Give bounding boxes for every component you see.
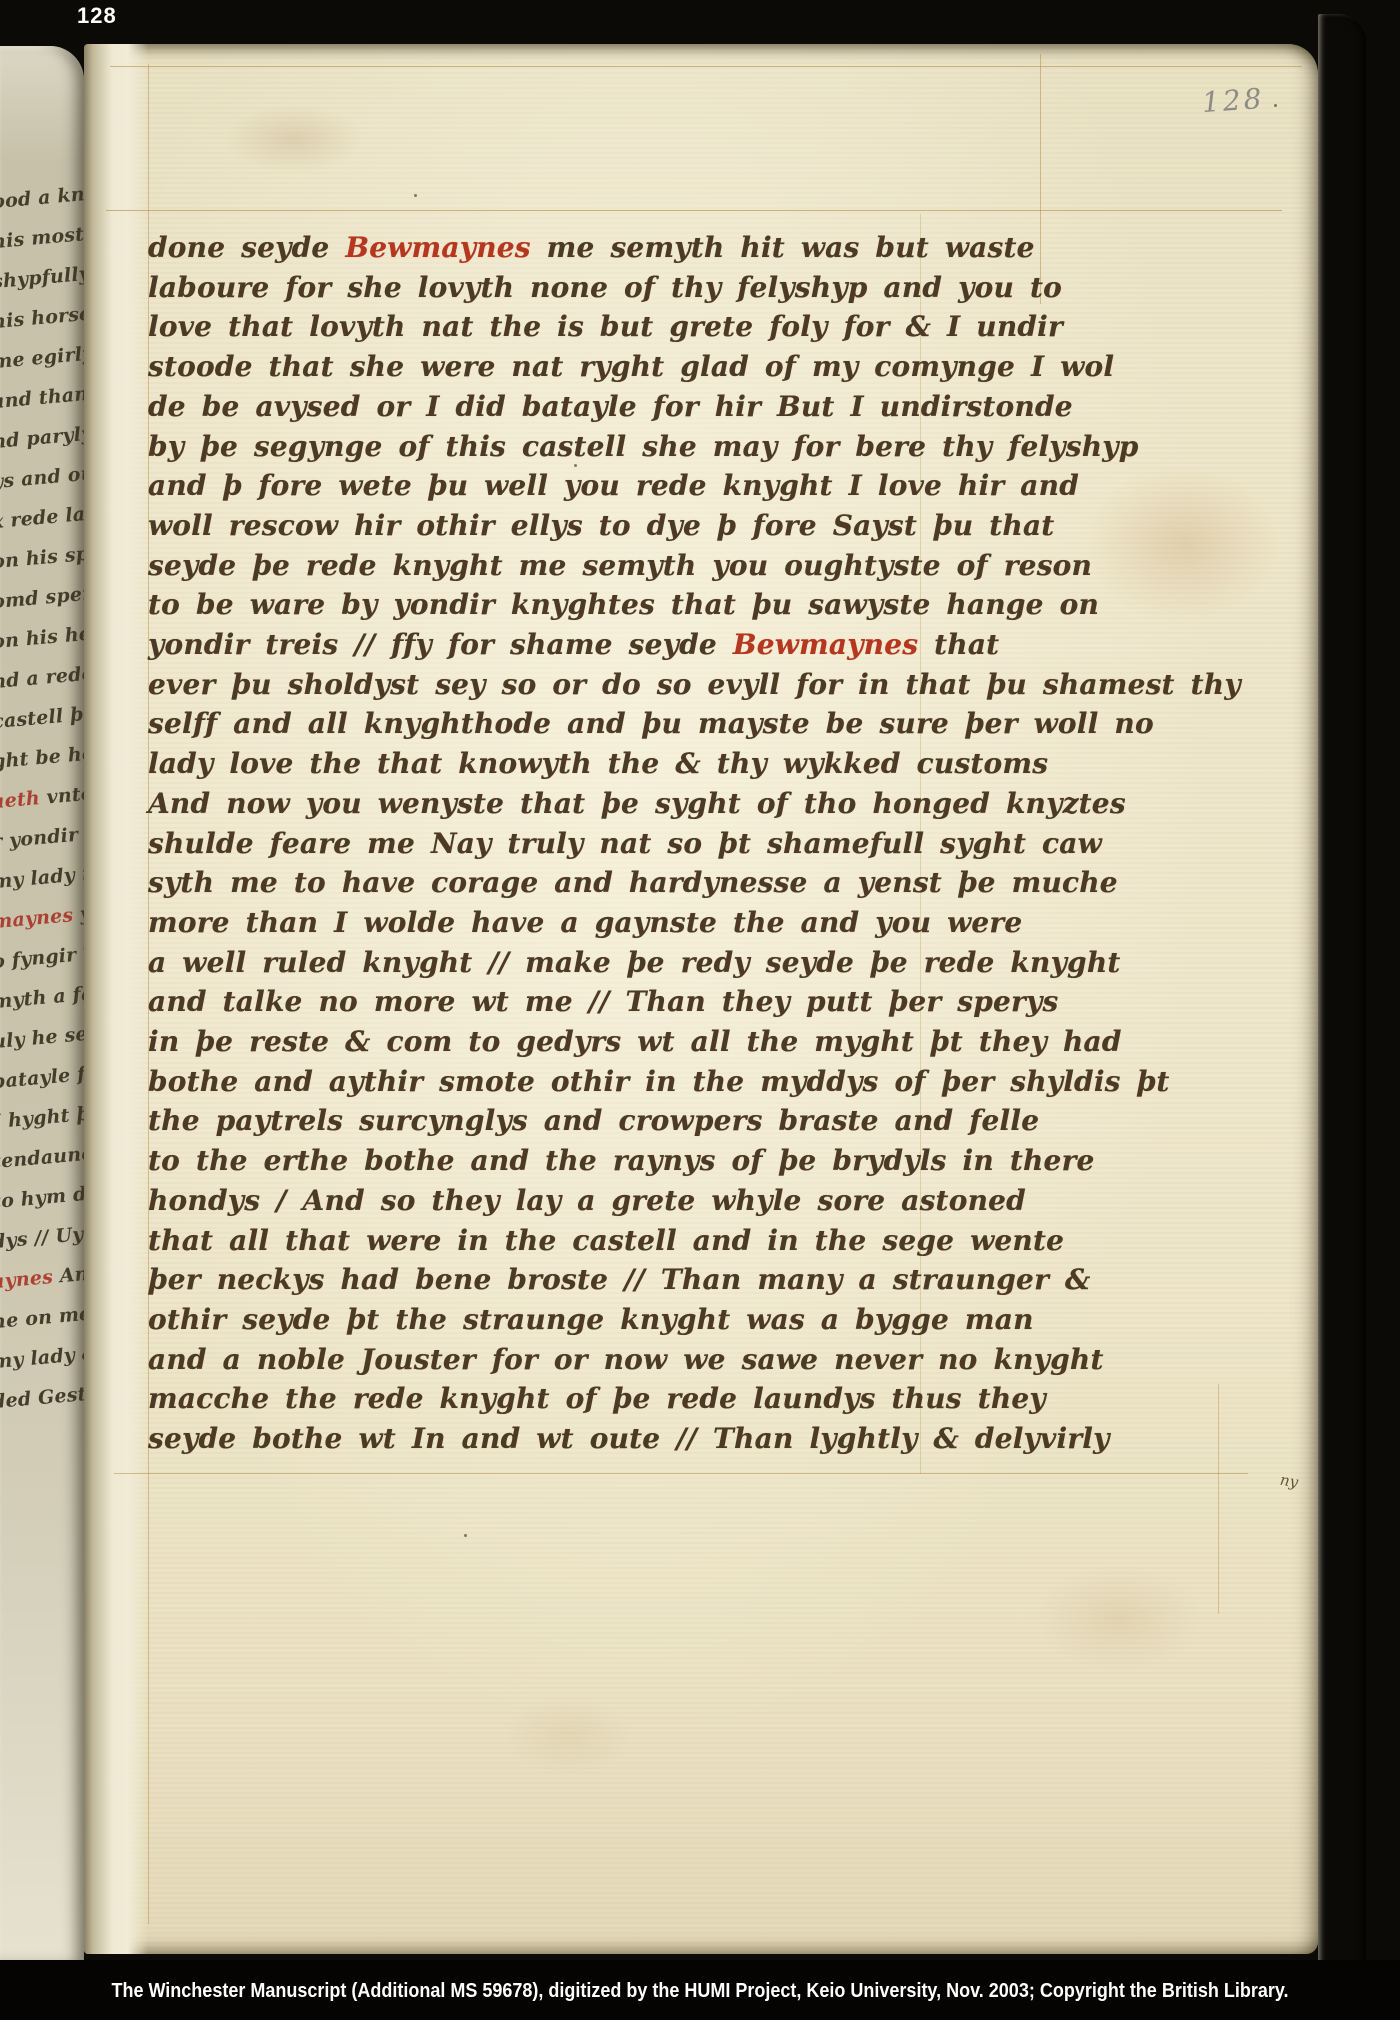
ink-text: uly he seyde I [0, 1018, 84, 1053]
ink-text: on his sporys en [0, 536, 84, 573]
ink-text: de be avysed or I did batayle for hir Bu… [148, 390, 1073, 423]
rubricated-text: Bewmaynes [733, 628, 918, 661]
caption-bar: The Winchester Manuscript (Additional MS… [0, 1960, 1400, 2020]
ink-text: and talke no more wt me // Than they put… [148, 985, 1058, 1018]
ink-text: shypfully othe [0, 258, 84, 293]
rubricated-text: aynes [0, 1266, 54, 1293]
facing-page-text-fragment: o fyngir Than [0, 941, 84, 973]
ink-text: And now you wenyste that þe syght of tho… [148, 787, 1126, 820]
ink-text: o fyngir Than [0, 939, 84, 974]
manuscript-text-line: yondir treis // ffy for shame seyde Bewm… [148, 625, 999, 665]
ink-text: his moste mygh [0, 216, 84, 253]
facing-page-text-fragment: I hyght þt ed he [0, 1101, 84, 1133]
manuscript-text-line: to the erthe bothe and the raynys of þe … [148, 1141, 1095, 1181]
ink-text: and a noble Jouster for or now we sawe n… [148, 1343, 1104, 1376]
ink-text: vnto Sir [39, 778, 84, 809]
rubricated-text: maynes [0, 904, 74, 933]
dust-speck [1274, 104, 1277, 107]
ink-text: more than I wolde have a gaynste the and… [148, 906, 1022, 939]
ink-text: selff and all knyghthode and þu mayste b… [148, 707, 1154, 740]
ink-text: stoode that she were nat ryght glad of m… [148, 350, 1114, 383]
parchment-stain [224, 104, 364, 174]
manuscript-text-line: and þ fore wete þu well you rede knyght … [148, 466, 1079, 506]
manuscript-text-line: hondys / And so they lay a grete whyle s… [148, 1181, 1026, 1221]
manuscript-text-line: seyde þe rede knyght me semyth you ought… [148, 546, 1092, 586]
ink-text: batayle for trw [0, 1057, 84, 1093]
ink-text: macche the rede knyght of þe rede laundy… [148, 1382, 1046, 1415]
facing-page-text-fragment: he on me I comly [0, 1301, 84, 1333]
ruling-line-text-top [106, 210, 1282, 211]
ink-text: and þ fore wete þu well you rede knyght … [148, 469, 1079, 502]
facing-page-text-fragment: ood a knyght as [0, 181, 84, 213]
ink-text: ys and oute at [0, 458, 84, 493]
facing-page-text-fragment: aynes And seyde [0, 1261, 84, 1293]
facing-page-text-fragment: me egirly that [0, 341, 84, 373]
frame-page-number: 128 [77, 3, 117, 29]
ink-text: yondir treis // ffy for shame seyde [148, 628, 733, 661]
parchment-stain [1084, 464, 1284, 624]
facing-page-text-fragment: on his hede an [0, 621, 84, 653]
facing-page-text-fragment: ys and oute at [0, 461, 84, 493]
manuscript-text-line: in þe reste & com to gedyrs wt all the m… [148, 1022, 1122, 1062]
facing-page-text-fragment: to hym downe to [0, 1181, 84, 1213]
facing-page-text-fragment: nd parylyond a [0, 421, 84, 453]
facing-page-text-fragment: nd a rede fede [0, 661, 84, 693]
ink-text: to the erthe bothe and the raynys of þe … [148, 1144, 1095, 1177]
ink-text: shulde feare me Nay truly nat so þt sham… [148, 827, 1102, 860]
manuscript-text-line: selff and all knyghthode and þu mayste b… [148, 704, 1154, 744]
ink-text: ever þu sholdyst sey so or do so evyll f… [148, 668, 1241, 701]
ink-text: that [918, 628, 999, 661]
ink-text: that all that were in the castell and in… [148, 1224, 1064, 1257]
manuscript-text-line: bothe and aythir smote othir in the mydd… [148, 1062, 1170, 1102]
dust-speck [464, 1534, 467, 1537]
manuscript-text-line: laboure for she lovyth none of thy felys… [148, 268, 1062, 308]
facing-page-text-fragment: my lady & for yo [0, 1341, 84, 1373]
facing-page-text-fragment: ded Gestyon [0, 1381, 84, 1413]
ink-text: ded Gestyon [0, 1380, 84, 1413]
parchment-stain [504, 1694, 634, 1774]
facing-page-text-fragment: uly he seyde I [0, 1021, 84, 1053]
facing-page-text-fragment: his moste mygh [0, 221, 84, 253]
manuscript-page: 128 done seyde Bewmaynes me semyth hit w… [84, 44, 1318, 1954]
ink-text: castell þt all th [0, 697, 84, 733]
facing-page-text-fragment: ght be holde þe ba [0, 741, 84, 773]
facing-page-text-fragment: his horse streng [0, 301, 84, 333]
manuscript-text-line: syth me to have corage and hardynesse a … [148, 863, 1118, 903]
manuscript-text-line: othir seyde þt the straunge knyght was a… [148, 1300, 1034, 1340]
manuscript-text-line: done seyde Bewmaynes me semyth hit was b… [148, 228, 1035, 268]
manuscript-text-line: shulde feare me Nay truly nat so þt sham… [148, 824, 1102, 864]
ink-text: seyde bothe wt In and wt oute // Than ly… [148, 1422, 1110, 1455]
digitized-manuscript-viewer: { "frame": { "corner_page_number": "128"… [0, 0, 1400, 2020]
ink-text: nd parylyond a [0, 417, 84, 453]
rubricated-text: aeth [0, 787, 41, 813]
facing-page-text-fragment: tendaunce // And [0, 1141, 84, 1173]
ink-text: my lady & for yo [0, 1336, 84, 1373]
manuscript-text-line: macche the rede knyght of þe rede laundy… [148, 1379, 1046, 1419]
facing-page-text-fragment: x rede laumd [0, 501, 84, 533]
ink-text: in þe reste & com to gedyrs wt all the m… [148, 1025, 1122, 1058]
manuscript-text-line: de be avysed or I did batayle for hir Bu… [148, 387, 1073, 427]
ink-text: syth me to have corage and hardynesse a … [148, 866, 1118, 899]
ink-text: the paytrels surcynglys and crowpers bra… [148, 1104, 1039, 1137]
ink-text: on his hede an [0, 617, 84, 653]
ink-text: love that lovyth nat the is but grete fo… [148, 310, 1063, 343]
facing-page-text-fragment: castell þt all th [0, 701, 84, 733]
manuscript-text-line: And now you wenyste that þe syght of tho… [148, 784, 1126, 824]
ink-text: a well ruled knyght // make þe redy seyd… [148, 946, 1121, 979]
manuscript-text-line: love that lovyth nat the is but grete fo… [148, 307, 1063, 347]
facing-page-text-fragment: shypfully othe [0, 261, 84, 293]
manuscript-text-line: more than I wolde have a gaynste the and… [148, 903, 1022, 943]
manuscript-text-line: a well ruled knyght // make þe redy seyd… [148, 943, 1121, 983]
manuscript-text-line: to be ware by yondir knyghtes that þu sa… [148, 585, 1099, 625]
ink-text: me semyth hit was but waste [531, 231, 1035, 264]
facing-page-text-fragment: and than þ lege [0, 381, 84, 413]
facing-page-edge: ood a knyght ashis moste myghshypfully o… [0, 46, 84, 1960]
ink-text: to hym downe to [0, 1176, 84, 1214]
folio-number-pencil: 128 [1201, 82, 1266, 119]
ink-text: woll rescow hir othir ellys to dye þ for… [148, 509, 1054, 542]
gutter-highlight [84, 44, 148, 1954]
ink-text: by þe segynge of this castell she may fo… [148, 430, 1139, 463]
manuscript-text-line: and talke no more wt me // Than they put… [148, 982, 1058, 1022]
ink-text: lady love the that knowyth the & thy wyk… [148, 747, 1048, 780]
manuscript-text-line: þer neckys had bene broste // Than many … [148, 1260, 1090, 1300]
ink-text: And seyde [52, 1256, 84, 1288]
caption-text: The Winchester Manuscript (Additional MS… [111, 1978, 1288, 2002]
manuscript-text-line: the paytrels surcynglys and crowpers bra… [148, 1101, 1039, 1141]
facing-page-text-fragment: omd spere and [0, 581, 84, 613]
pen-trial-mark: ny [1279, 1471, 1300, 1492]
ink-text: ght be holde þe ba [0, 734, 84, 773]
ink-text: dys // Uyth of th [0, 1216, 84, 1253]
ruling-line-text-bottom [114, 1473, 1248, 1474]
facing-page-text-fragment: aeth vnto Sir B [0, 781, 84, 813]
manuscript-text-line: and a noble Jouster for or now we sawe n… [148, 1340, 1104, 1380]
manuscript-text-line: ever þu sholdyst sey so or do so evyll f… [148, 665, 1241, 705]
facing-page-text-fragment: myth a faire of s [0, 981, 84, 1013]
facing-page-text-fragment: batayle for trw [0, 1061, 84, 1093]
ink-text: his horse streng [0, 296, 84, 333]
manuscript-text-line: seyde bothe wt In and wt oute // Than ly… [148, 1419, 1110, 1459]
facing-page-text-fragment: dys // Uyth of th [0, 1221, 84, 1253]
dust-speck [414, 194, 417, 197]
ink-text: me egirly that [0, 338, 84, 373]
ink-text: laboure for she lovyth none of thy felys… [148, 271, 1062, 304]
ink-text: myth a faire of s [0, 976, 84, 1013]
ink-text: yondi [72, 898, 84, 926]
facing-page-text-fragment: on his sporys en [0, 541, 84, 573]
manuscript-text-line: stoode that she were nat ryght glad of m… [148, 347, 1114, 387]
ink-text: þer neckys had bene broste // Than many … [148, 1263, 1090, 1296]
ink-text: done seyde [148, 231, 345, 264]
manuscript-text-line: woll rescow hir othir ellys to dye þ for… [148, 506, 1054, 546]
ruling-line-top [110, 66, 1302, 67]
parchment-stain [1034, 1564, 1204, 1674]
manuscript-text-line: that all that were in the castell and in… [148, 1221, 1064, 1261]
ink-text: tendaunce // And [0, 1135, 84, 1173]
ink-text: nd a rede fede [0, 658, 84, 693]
ink-text: x rede laumd [0, 499, 84, 533]
ink-text: my lady my s [0, 859, 84, 893]
ink-text: othir seyde þt the straunge knyght was a… [148, 1303, 1034, 1336]
ink-text: seyde þe rede knyght me semyth you ought… [148, 549, 1092, 582]
ink-text: ood a knyght as [0, 176, 84, 213]
facing-page-text-fragment: maynes yondi [0, 901, 84, 933]
ink-text: r yondir is yo [0, 819, 84, 853]
ink-text: bothe and aythir smote othir in the mydd… [148, 1065, 1170, 1098]
facing-page-text-fragment: my lady my s [0, 861, 84, 893]
book-fore-edge [1318, 14, 1366, 1966]
ink-text: and than þ lege [0, 377, 84, 414]
rubricated-text: Bewmaynes [345, 231, 530, 264]
ink-text: hondys / And so they lay a grete whyle s… [148, 1184, 1026, 1217]
manuscript-text-line: lady love the that knowyth the & thy wyk… [148, 744, 1048, 784]
ruling-line-right-upper [1040, 54, 1041, 304]
ink-text: to be ware by yondir knyghtes that þu sa… [148, 588, 1099, 621]
manuscript-text-line: by þe segynge of this castell she may fo… [148, 427, 1139, 467]
ink-text: he on me I comly [0, 1295, 84, 1333]
facing-page-text-fragment: r yondir is yo [0, 821, 84, 853]
ruling-line-right-lower [1218, 1384, 1219, 1614]
ink-text: omd spere and [0, 577, 84, 613]
ink-text: I hyght þt ed he [0, 1096, 84, 1133]
